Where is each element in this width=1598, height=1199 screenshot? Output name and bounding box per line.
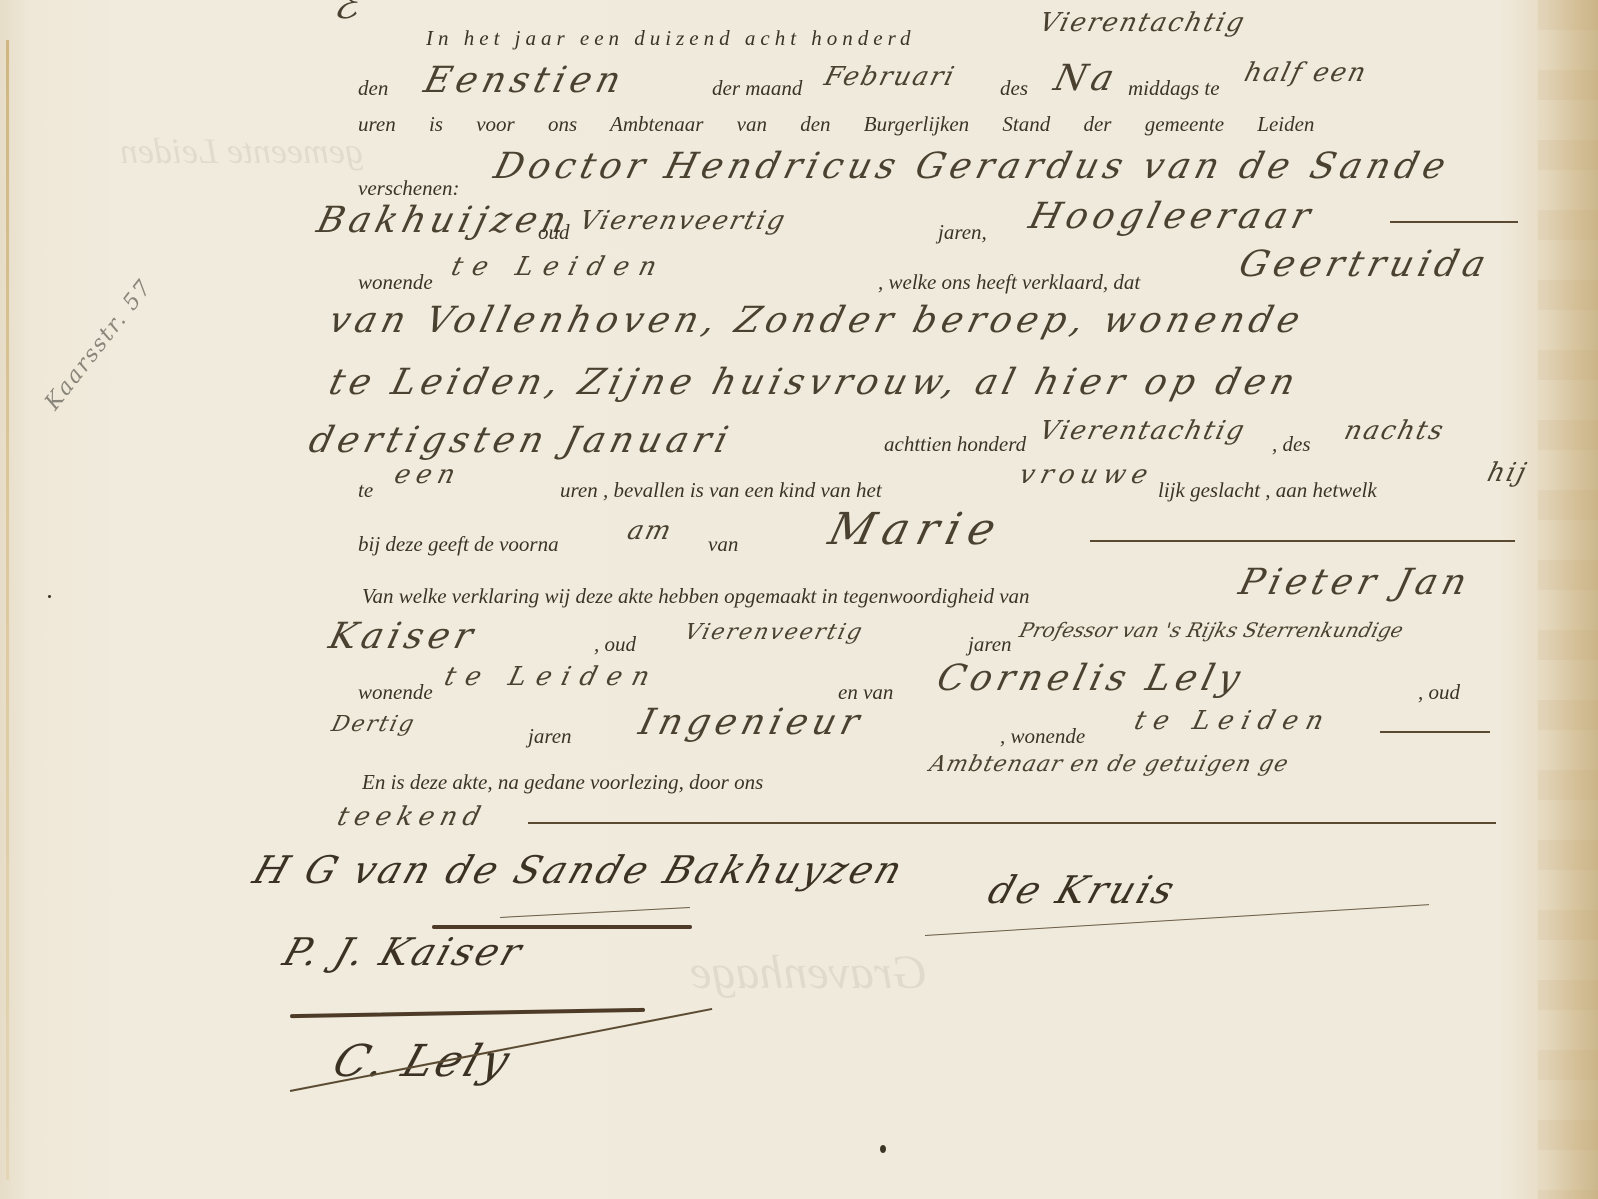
printed-text: den xyxy=(358,76,388,101)
handwritten-witness2-age: Dertig xyxy=(329,712,418,737)
handwritten-hour: een xyxy=(391,460,464,490)
handwritten-witness1-name: Pieter Jan xyxy=(1235,562,1476,603)
printed-text: jaren, xyxy=(938,220,987,245)
handwritten-correction: am xyxy=(624,516,676,546)
handwritten-declarant-name: Doctor Hendricus Gerardus van de Sande xyxy=(490,146,1455,187)
printed-text: In het jaar een duizend acht honderd xyxy=(426,26,916,51)
printed-text: lijk geslacht , aan hetwelk xyxy=(1158,478,1377,503)
handwritten-month: Februari xyxy=(821,62,959,92)
signature-declarant: H G van de Sande Bakhuyzen xyxy=(248,848,911,892)
handwritten-surname: Bakhuijzen xyxy=(313,200,575,241)
printed-text: , welke ons heeft verklaard, dat xyxy=(878,270,1140,295)
handwritten-birth-date: dertigsten Januari xyxy=(305,420,737,461)
signature-witness1: P. J. Kaiser xyxy=(278,930,530,974)
printed-text: , oud xyxy=(594,632,636,657)
printed-text: , des xyxy=(1272,432,1311,457)
printed-text: bij deze geeft de voorna xyxy=(358,532,559,557)
printed-text: uren is voor ons Ambtenaar van den Burge… xyxy=(358,112,1314,137)
handwritten-witness1-surname: Kaiser xyxy=(325,616,482,657)
handwritten-pronoun: hij xyxy=(1484,458,1531,488)
printed-text: achttien honderd xyxy=(884,432,1026,457)
ink-spot xyxy=(48,595,51,598)
handwritten-time-of-day: nachts xyxy=(1341,416,1448,446)
binding-edge xyxy=(6,40,9,1180)
handwritten-mother-residence: te Leiden, Zijne huisvrouw, al hier op d… xyxy=(325,362,1304,403)
handwritten-witness1-age: Vierenveertig xyxy=(682,620,866,645)
handwritten-hour: half een xyxy=(1241,58,1370,88)
handwritten-age: Vierenveertig xyxy=(576,206,789,236)
bleed-through-text: Gravenhage xyxy=(690,945,927,1000)
handwritten-year: Vierentachtig xyxy=(1036,8,1249,38)
handwritten-residence: te Leiden xyxy=(448,252,669,282)
printed-text: wonende xyxy=(358,680,433,705)
printed-text: des xyxy=(1000,76,1028,101)
fill-line xyxy=(1380,731,1490,733)
handwritten-time-of-day: Na xyxy=(1050,58,1123,99)
handwritten-child-name: Marie xyxy=(824,504,1009,555)
printed-text: van xyxy=(708,532,738,557)
ink-spot xyxy=(880,1145,886,1153)
printed-text: Van welke verklaring wij deze akte hebbe… xyxy=(362,584,1030,609)
printed-text: verschenen: xyxy=(358,176,459,201)
printed-text: te xyxy=(358,478,373,503)
signature-underline xyxy=(290,1008,645,1018)
handwritten-witness1-profession: Professor van 's Rijks Sterrenkundige xyxy=(1017,618,1406,642)
fill-line xyxy=(528,822,1496,824)
signature-witness2: C. Lely xyxy=(327,1036,519,1087)
handwritten-signers: Ambtenaar en de getuigen ge xyxy=(927,752,1292,777)
printed-text: oud xyxy=(538,220,570,245)
handwritten-day: Eenstien xyxy=(420,60,630,101)
printed-text: En is deze akte, na gedane voorlezing, d… xyxy=(362,770,763,795)
fill-line xyxy=(1090,540,1515,542)
printed-text: der maand xyxy=(712,76,802,101)
printed-text: middags te xyxy=(1128,76,1220,101)
handwritten-witness2-residence: te Leiden xyxy=(1131,706,1334,736)
handwritten-mother-name: Geertruida xyxy=(1235,244,1495,285)
printed-text: wonende xyxy=(358,270,433,295)
decorative-flourish: ℰ xyxy=(329,0,367,28)
signature-officer: de Kruis xyxy=(983,868,1183,912)
handwritten-teekend: teekend xyxy=(334,802,489,832)
handwritten-profession: Hoogleeraar xyxy=(1025,196,1319,237)
printed-text: , oud xyxy=(1418,680,1460,705)
printed-text: jaren xyxy=(968,632,1012,657)
signature-underline xyxy=(432,925,692,929)
signature-flourish xyxy=(500,907,690,918)
handwritten-witness1-residence: te Leiden xyxy=(441,662,662,692)
page-edge-stain xyxy=(1538,0,1598,1199)
margin-note: Kaarsstr. 57 xyxy=(40,275,157,415)
printed-text: jaren xyxy=(528,724,572,749)
printed-text: , wonende xyxy=(1000,724,1085,749)
fill-line xyxy=(1390,221,1518,223)
handwritten-witness2-name: Cornelis Lely xyxy=(933,658,1249,699)
handwritten-birth-year: Vierentachtig xyxy=(1036,416,1249,446)
handwritten-witness2-profession: Ingenieur xyxy=(635,702,868,743)
bleed-through-text: gemeente Leiden xyxy=(120,130,363,172)
handwritten-mother-surname: van Vollenhoven, Zonder beroep, wonende xyxy=(325,300,1309,341)
document-page: gemeente Leiden Gravenhage ℰ Kaarsstr. 5… xyxy=(0,0,1598,1199)
handwritten-sex: vrouwe xyxy=(1016,460,1157,490)
printed-text: uren , bevallen is van een kind van het xyxy=(560,478,882,503)
